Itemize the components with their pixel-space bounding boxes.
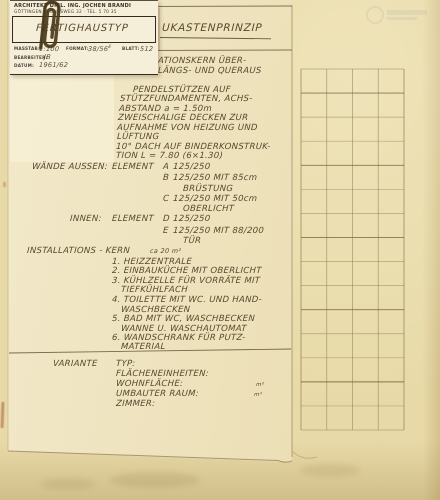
installation-item: 4. TOILETTE MIT WC. UND HAND- [112,296,262,305]
element-word: ELEMENT [112,163,154,172]
paper-smudge [300,464,360,477]
element-key: B [163,174,170,183]
note-line: ABSTAND a = 1.50m [119,105,212,114]
element-key: E [163,227,169,236]
red-edge-mark [3,182,6,187]
paper-smudge [110,472,200,488]
element-spec-cont: BRÜSTUNG [183,185,234,194]
note-line: PENDELSTÜTZEN AUF [133,86,231,95]
paper-smudge [40,478,95,490]
element-key: C [163,195,170,204]
element-key: A [163,163,170,172]
element-spec-cont: OBERLICHT [183,205,235,214]
note-line: LÄNGS- UND QUERAUS [158,67,262,76]
datum-label: DATUM: [14,64,34,68]
installation-item-cont: WASCHBECKEN [121,306,191,315]
element-spec-cont: TÜR [183,237,202,246]
variante-row: TYP: [116,360,136,369]
note-line: AUFNAHME VON HEIZUNG UND [117,124,258,133]
blatt-value: 512 [140,46,154,53]
note-line: ZWEISCHALIGE DECKEN ZUR [118,114,249,123]
installation-item-cont: TIEFKÜHLFACH [121,286,188,295]
element-spec: 125/250 MIT 50cm [173,195,258,204]
variante-row: UMBAUTER RAUM: [116,390,199,399]
unit-cubic-meters: m³ [254,393,262,399]
installation-heading: INSTALLATIONS - KERN [27,247,130,256]
note-line: STÜTZFUNDAMENTEN, ACHS- [120,95,253,104]
datum-value: 1961/62 [39,62,68,69]
element-spec: 125/250 [173,215,211,224]
element-spec: 125/250 MIT 85cm [173,174,258,183]
variante-row: ZIMMER: [116,400,156,409]
format-label: FORMAT: [66,47,89,51]
format-value: 38/56E [88,46,112,53]
architect-name: ARCHITEKT DIPL. ING. JOCHEN BRANDI [14,4,131,9]
installation-item: 2. EINBAUKÜCHE MIT OBERLICHT [112,267,262,276]
scanned-document-photo: UKASTENPRINZIP ATIONSKERN ÜBER- LÄNGS- U… [0,0,440,500]
installation-item: 3. KÜHLZELLE FÜR VORRÄTE MIT [112,277,261,286]
note-line: LÜFTUNG [117,133,160,142]
installation-item-cont: MATERIAL [121,343,166,352]
sheet-title: UKASTENPRINZIP [162,23,263,34]
paperclip-icon [31,0,71,59]
installation-item-cont: WANNE U. WASCHAUTOMAT [121,325,247,334]
variante-row: FLÄCHENEINHEITEN: [116,370,209,379]
variante-heading: VARIANTE [53,360,98,369]
element-spec: 125/250 MIT 88/200 [173,227,265,236]
variante-row: WOHNFLÄCHE: [116,380,184,389]
installation-area: ca 20 m² [150,248,182,255]
installation-item: 5. BAD MIT WC, WASCHBECKEN [112,315,255,324]
walls-inner-label: INNEN: [70,215,102,224]
blatt-label: BLATT: [122,47,140,51]
element-spec: 125/250 [173,163,211,172]
element-key: D [163,215,170,224]
note-line: TION L = 7.80 (6×1.30) [116,152,223,161]
unit-square-meters: m² [256,383,264,389]
element-word: ELEMENT [112,215,154,224]
note-line: 10° DACH AUF BINDERKONSTRUK- [116,143,271,152]
note-line: ATIONSKERN ÜBER- [158,57,247,66]
walls-outer-label: WÄNDE AUSSEN: [32,163,108,172]
installation-item: 1. HEIZZENTRALE [112,258,192,267]
